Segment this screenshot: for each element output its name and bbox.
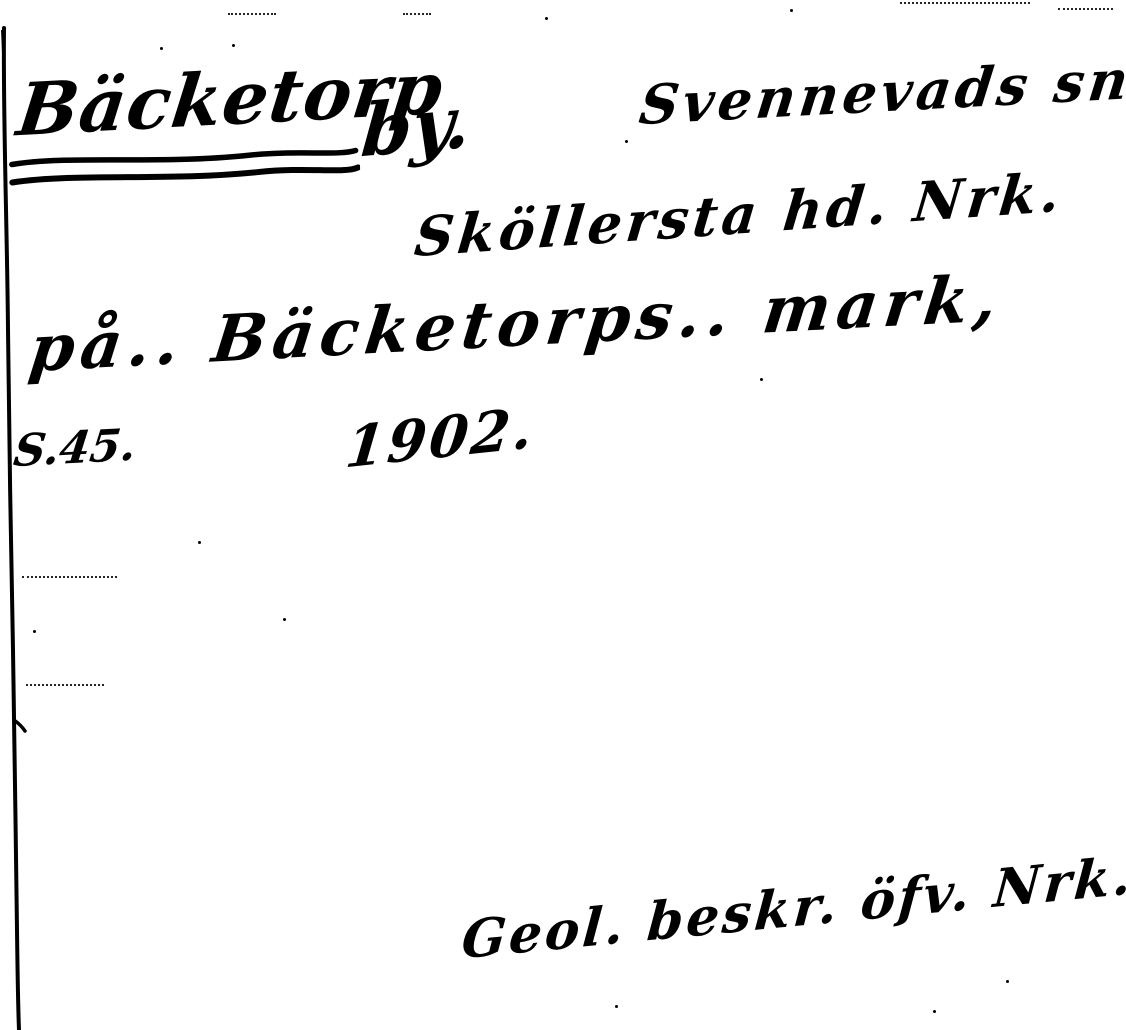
scan-dot	[232, 44, 235, 47]
scan-speckle-top-right	[900, 2, 1030, 4]
location-line: på.. Bäcketorps.. mark,	[26, 267, 1006, 382]
scanned-note-page: Bäcketorp by. Svennevads sn. Sköllersta …	[0, 0, 1126, 1030]
scan-dot	[615, 1005, 618, 1008]
scan-dot	[933, 1010, 936, 1013]
source-reference: Geol. beskr. öfv. Nrk.	[460, 850, 1126, 967]
title-underline	[8, 143, 361, 192]
scan-dot	[790, 9, 793, 12]
scan-speckle-mid-1	[22, 576, 117, 578]
hundred-district-line: Sköllersta hd. Nrk.	[412, 164, 1066, 264]
scan-dot	[545, 17, 548, 20]
page-reference: S.45.	[11, 423, 138, 474]
scan-dot	[198, 541, 201, 544]
scan-dot	[33, 630, 36, 633]
scan-dot	[760, 378, 763, 381]
settlement-type-label: by.	[359, 85, 474, 167]
scan-speckle-top-mid	[403, 13, 431, 15]
parish-line: Svennevads sn.	[637, 51, 1126, 132]
scan-speckle-top-right-2	[1058, 8, 1113, 10]
scan-dot	[283, 618, 286, 621]
scan-speckle-mid-2	[26, 684, 104, 686]
scan-dot	[1006, 980, 1009, 983]
scan-speckle-top-left	[228, 13, 276, 15]
year-label: 1902.	[343, 400, 538, 477]
scan-dot	[160, 47, 163, 50]
scan-dot	[625, 140, 628, 143]
